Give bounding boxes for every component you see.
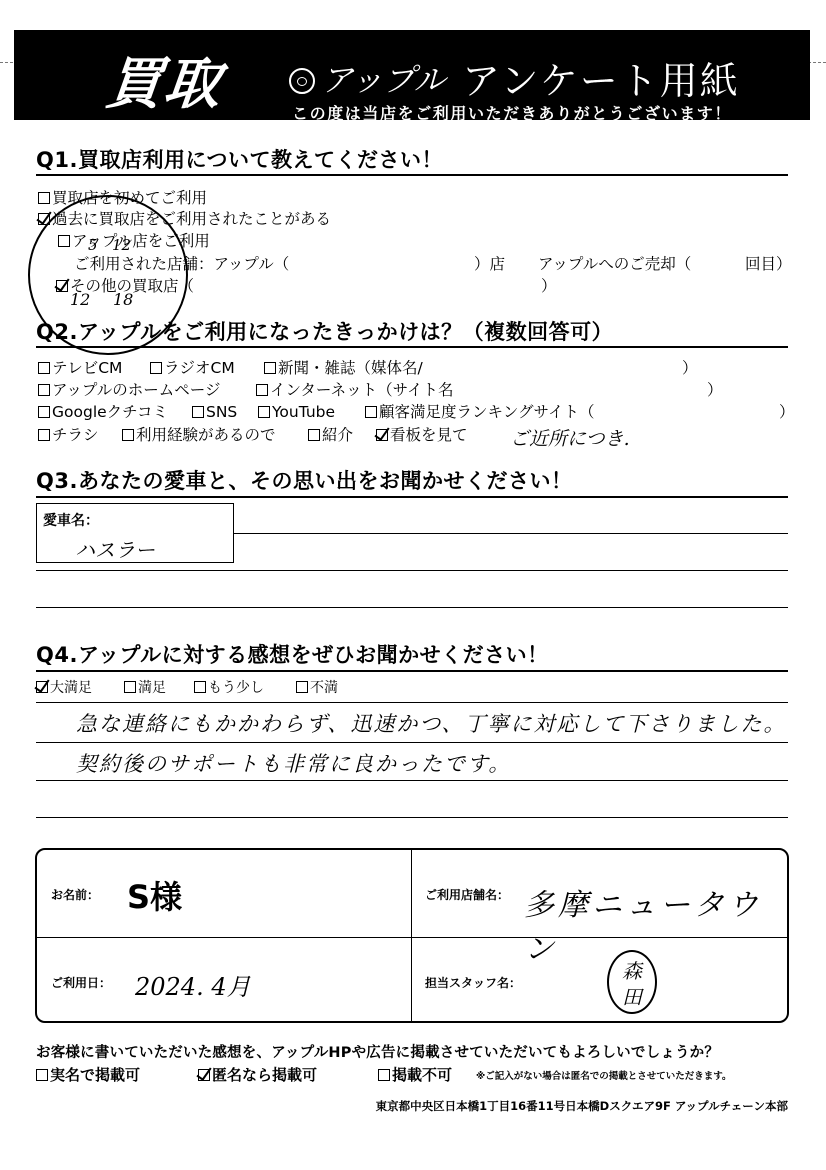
staff-label: 担当スタッフ名：	[425, 974, 521, 991]
q4-rating-somewhat[interactable]: もう少し	[194, 678, 264, 698]
checkbox-icon[interactable]	[258, 406, 270, 418]
q4-rating-very-satisfied[interactable]: 大満足	[36, 678, 92, 698]
q3-write-line	[36, 570, 788, 571]
q2-close: ）	[779, 402, 795, 422]
consent-option-anonymous[interactable]: 匿名なら掲載可	[198, 1064, 317, 1085]
checkbox-icon[interactable]	[194, 681, 206, 693]
q4-rating-dissatisfied[interactable]: 不満	[296, 678, 338, 698]
header-banner: 買取 アップル アンケート用紙 この度は当店をご利用いただきありがとうございます…	[14, 30, 810, 120]
name-label: お名前：	[51, 886, 99, 903]
q4-write-line	[36, 742, 788, 743]
apple-logo-icon	[289, 68, 315, 94]
consent-option-real-name[interactable]: 実名で掲載可	[36, 1064, 140, 1085]
q4-write-line	[36, 780, 788, 781]
q2-close: ）	[707, 380, 723, 400]
q4-comment-line: 急な連絡にもかかわらず、迅速かつ、丁寧に対応して下さりました。	[76, 708, 786, 738]
q3-write-line	[36, 607, 788, 608]
q4-comment-line: 契約後のサポートも非常に良かったです。	[76, 748, 511, 778]
handwritten-note: 5	[88, 236, 98, 254]
q1-title: Q1.買取店利用について教えてください！	[36, 146, 443, 174]
consent-option-no-publish[interactable]: 掲載不可	[378, 1064, 452, 1085]
checkbox-icon[interactable]	[38, 384, 50, 396]
q2-option-ranking-site[interactable]: 顧客満足度ランキングサイト（	[365, 402, 594, 422]
checkbox-icon[interactable]	[308, 429, 320, 441]
q3-title: Q3.あなたの愛車と、その思い出をお聞かせください！	[36, 467, 572, 495]
usage-date-value[interactable]: 2024. 4月	[135, 967, 251, 1002]
q4-write-line	[36, 702, 788, 703]
q2-option-youtube[interactable]: YouTube	[258, 402, 335, 422]
brand-name: アップル	[321, 58, 445, 102]
q3-rule	[36, 496, 788, 498]
q2-option-sns[interactable]: SNS	[192, 402, 237, 422]
handwritten-note: 12	[70, 290, 90, 309]
consent-question: お客様に書いていただいた感想を、アップルHPや広告に掲載させていただいてもよろし…	[36, 1041, 719, 1062]
checkbox-icon[interactable]	[256, 384, 268, 396]
q2-close: ）	[682, 358, 698, 378]
q4-write-line	[36, 817, 788, 818]
consent-note: ※ご記入がない場合は匿名での掲載とさせていただきます。	[476, 1068, 731, 1082]
checkbox-icon[interactable]	[365, 406, 377, 418]
q2-rule	[36, 346, 788, 348]
staff-stamp: 森 田	[607, 950, 657, 1014]
customer-name-value[interactable]: S様	[127, 872, 182, 918]
q1-other-close: ）	[541, 276, 557, 296]
q2-option-flyer[interactable]: チラシ	[38, 425, 99, 445]
q2-option-google-review[interactable]: Googleクチコミ	[38, 402, 168, 422]
header-subtitle: この度は当店をご利用いただきありがとうございます！	[292, 104, 732, 124]
checkbox-icon[interactable]	[264, 362, 276, 374]
q1-store-suffix: ）店	[474, 254, 505, 274]
page-title: アンケート用紙	[462, 58, 740, 104]
car-name-box[interactable]: 愛車名： ハスラー	[36, 503, 234, 563]
q4-title: Q4.アップルに対する感想をぜひお聞かせください！	[36, 641, 549, 669]
q4-rule	[36, 670, 788, 672]
q1-sales-count-suffix: 回目）	[745, 254, 792, 274]
checkbox-icon[interactable]	[192, 406, 204, 418]
q1-rule	[36, 174, 788, 176]
date-label: ご利用日：	[51, 974, 111, 991]
handwritten-note: 18	[113, 290, 133, 309]
q4-rating-satisfied[interactable]: 満足	[124, 678, 166, 698]
checkbox-icon[interactable]	[124, 681, 136, 693]
car-name-label: 愛車名：	[43, 510, 99, 530]
customer-info-table: お名前： S様 ご利用店舗名： 多摩ニュータウン ご利用日： 2024. 4月 …	[35, 848, 789, 1023]
q2-option-experience[interactable]: 利用経験があるので	[122, 425, 276, 445]
checkbox-icon[interactable]	[38, 192, 50, 204]
checkbox-icon[interactable]	[38, 406, 50, 418]
checkbox-checked-icon[interactable]	[36, 681, 48, 693]
q3-write-line	[234, 533, 788, 534]
q2-option-tv-cm[interactable]: テレビCM	[38, 358, 122, 378]
q2-option-referral[interactable]: 紹介	[308, 425, 353, 445]
q2-option-radio-cm[interactable]: ラジオCM	[150, 358, 235, 378]
checkbox-icon[interactable]	[38, 429, 50, 441]
car-name-value: ハスラー	[75, 534, 155, 563]
q2-title: Q2.アップルをご利用になったきっかけは？（複数回答可）	[36, 318, 613, 346]
q2-handwritten-note: ご近所につき.	[510, 424, 630, 451]
q2-option-internet[interactable]: インターネット（サイト名	[256, 380, 454, 400]
checkbox-icon[interactable]	[38, 362, 50, 374]
store-name-value[interactable]: 多摩ニュータウン	[524, 880, 787, 968]
checkbox-icon[interactable]	[36, 1069, 48, 1081]
checkbox-icon[interactable]	[150, 362, 162, 374]
kaitori-logo-text: 買取	[102, 50, 225, 120]
checkbox-checked-icon[interactable]	[198, 1069, 210, 1081]
checkbox-checked-icon[interactable]	[376, 429, 388, 441]
q1-sales-count-label: アップルへのご売却（	[538, 254, 691, 274]
q2-option-newspaper[interactable]: 新聞・雑誌（媒体名/	[264, 358, 423, 378]
footer-address: 東京都中央区日本橋1丁目16番11号日本橋Dスクエア9F アップルチェーン本部	[376, 1098, 788, 1114]
q2-option-homepage[interactable]: アップルのホームページ	[38, 380, 221, 400]
checkbox-icon[interactable]	[296, 681, 308, 693]
handwritten-note: 12	[112, 236, 131, 254]
checkbox-icon[interactable]	[122, 429, 134, 441]
store-label: ご利用店舗名：	[425, 886, 509, 903]
checkbox-icon[interactable]	[378, 1069, 390, 1081]
q2-option-signboard[interactable]: 看板を見て	[376, 425, 468, 445]
